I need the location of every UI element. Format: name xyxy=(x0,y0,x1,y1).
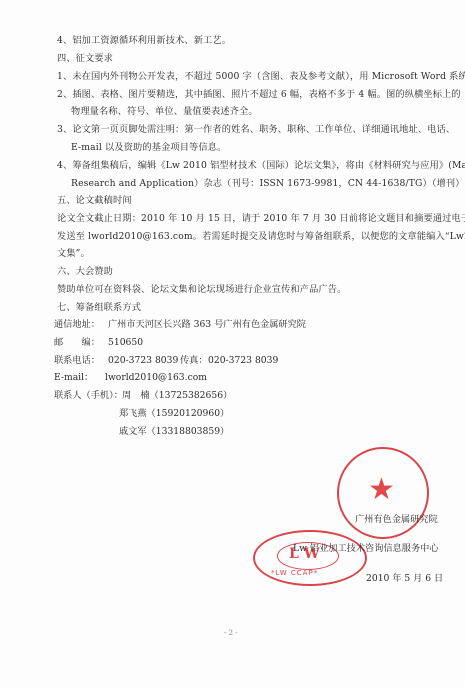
section-heading: 四、征文要求 xyxy=(57,53,113,65)
page-number: - 2 - xyxy=(224,629,238,637)
postcode-label: 邮 编： xyxy=(54,337,100,349)
text-line: 赞助单位可在资料袋、论坛文集和论坛现场进行企业宣传和产品广告。 xyxy=(57,284,346,296)
fax-label: 传真： xyxy=(180,355,208,367)
text-line: 论文全文截止日期：2010 年 10 月 15 日，请于 2010 年 7 月 … xyxy=(57,213,465,225)
text-line: 1、未在国内外刊物公开发表，不超过 5000 字（含图、表及参考文献），用 Mi… xyxy=(57,71,465,83)
text-line: Research and Application）杂志（刊号：ISSN 1673… xyxy=(71,178,465,190)
text-line: 物理量名称、符号、单位、量值要表述齐全。 xyxy=(71,106,258,118)
section-heading: 六、大会赞助 xyxy=(57,266,113,278)
contact-person-label: 联系人（手机）： xyxy=(54,390,123,402)
contact-person: 周 楠（13725382656） xyxy=(122,390,232,402)
text-line: 文集”。 xyxy=(57,248,90,260)
email-value: lworld2010@163.com xyxy=(105,372,207,384)
section-heading: 七、筹备组联系方式 xyxy=(57,302,141,314)
email-label: E-mail： xyxy=(54,372,93,384)
text-line: 2、插图、表格、图片要精选，其中插图、照片不超过 6 幅，表格不多于 4 幅。图… xyxy=(57,89,461,101)
text-line: E-mail 以及资助的基金项目等信息。 xyxy=(71,142,226,154)
fax-value: 020-3723 8039 xyxy=(208,355,278,367)
postcode-value: 510650 xyxy=(108,337,143,349)
star-icon: ★ xyxy=(368,475,395,505)
seal-bottom-text: *LW CCAP* xyxy=(271,569,318,577)
document-page: 4、铝加工资源循环利用新技术、新工艺。 四、征文要求 1、未在国内外刊物公开发表… xyxy=(0,0,465,687)
signature-date: 2010 年 5 月 6 日 xyxy=(366,573,443,585)
phone-label: 联系电话： xyxy=(54,355,100,367)
contact-person: 郑飞燕（15920120960） xyxy=(119,408,229,420)
contact-person: 戚文军（13318803859） xyxy=(119,426,229,438)
phone-value: 020-3723 8039 xyxy=(108,355,178,367)
signature-org2: Lw 铝业加工技术咨询信息服务中心 xyxy=(293,543,439,555)
section-heading: 五、论文截稿时间 xyxy=(57,195,132,207)
text-line: 发送至 lworld2010@163.com。若需延时提交及请您时与筹备组联系，… xyxy=(57,231,465,243)
text-line: 4、筹备组集稿后，编辑《Lw 2010 铝型材技术（国际）论坛文集》，将由《材料… xyxy=(57,160,465,172)
oval-official-seal: LW *LW CCAP* xyxy=(253,530,367,586)
signature-org1: 广州有色金属研究院 xyxy=(355,514,438,526)
address-value: 广州市天河区长兴路 363 号广州有色金属研究院 xyxy=(108,319,306,331)
text-line: 3、论文第一页页脚处需注明：第一作者的姓名、职务、职称、工作单位、详细通讯地址、… xyxy=(57,124,455,136)
text-line: 4、铝加工资源循环利用新技术、新工艺。 xyxy=(57,35,231,47)
address-label: 通信地址： xyxy=(54,319,100,331)
